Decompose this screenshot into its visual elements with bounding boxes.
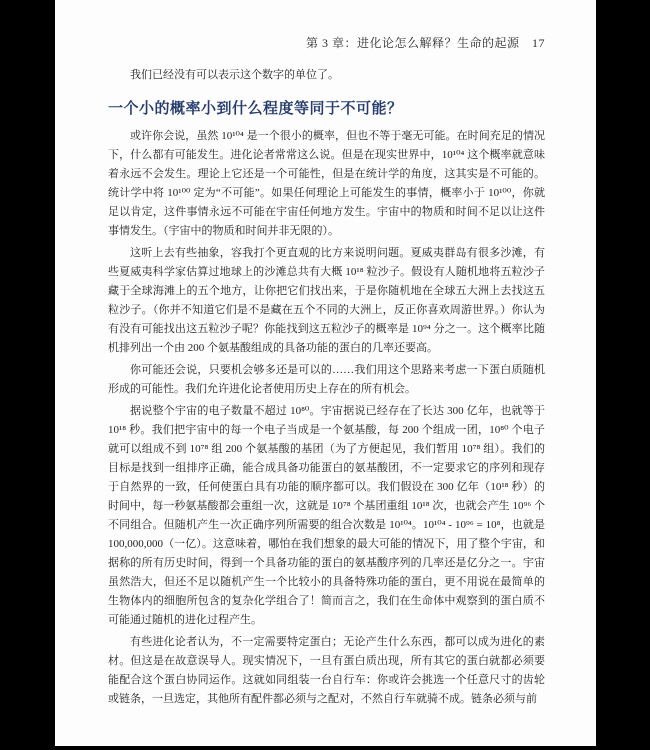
body-paragraph-probability: 或许你会说，虽然 10¹⁰⁴ 是一个很小的概率，但也不等于毫无可能。在时间充足的…: [108, 127, 545, 241]
lead-paragraph: 我们已经没有可以表示这个数字的单位了。: [108, 66, 545, 85]
body-paragraph-chances: 你可能还会说，只要机会够多还是可以的……我们用这个思路来考虑一下蛋白质随机形成的…: [108, 361, 545, 399]
running-header: 第 3 章：进化论怎么解释？生命的起源 17: [108, 36, 545, 50]
body-paragraph-universe-electrons: 据说整个宇宙的电子数量不超过 10⁸⁰。宇宙据说已经存在了长达 300 亿年，也…: [108, 402, 545, 630]
body-paragraph-sand-analogy: 这听上去有些抽象，容我打个更直观的比方来说明问题。夏威夷群岛有很多沙滩，有些夏威…: [108, 244, 545, 358]
body-paragraph-bicycle-analogy: 有些进化论者认为，不一定需要特定蛋白；无论产生什么东西，都可以成为进化的素材。但…: [108, 633, 545, 709]
book-page: 第 3 章：进化论怎么解释？生命的起源 17 我们已经没有可以表示这个数字的单位…: [55, 0, 596, 746]
viewer-background: 第 3 章：进化论怎么解释？生命的起源 17 我们已经没有可以表示这个数字的单位…: [0, 0, 650, 750]
section-heading: 一个小的概率小到什么程度等同于不可能？: [108, 99, 545, 118]
